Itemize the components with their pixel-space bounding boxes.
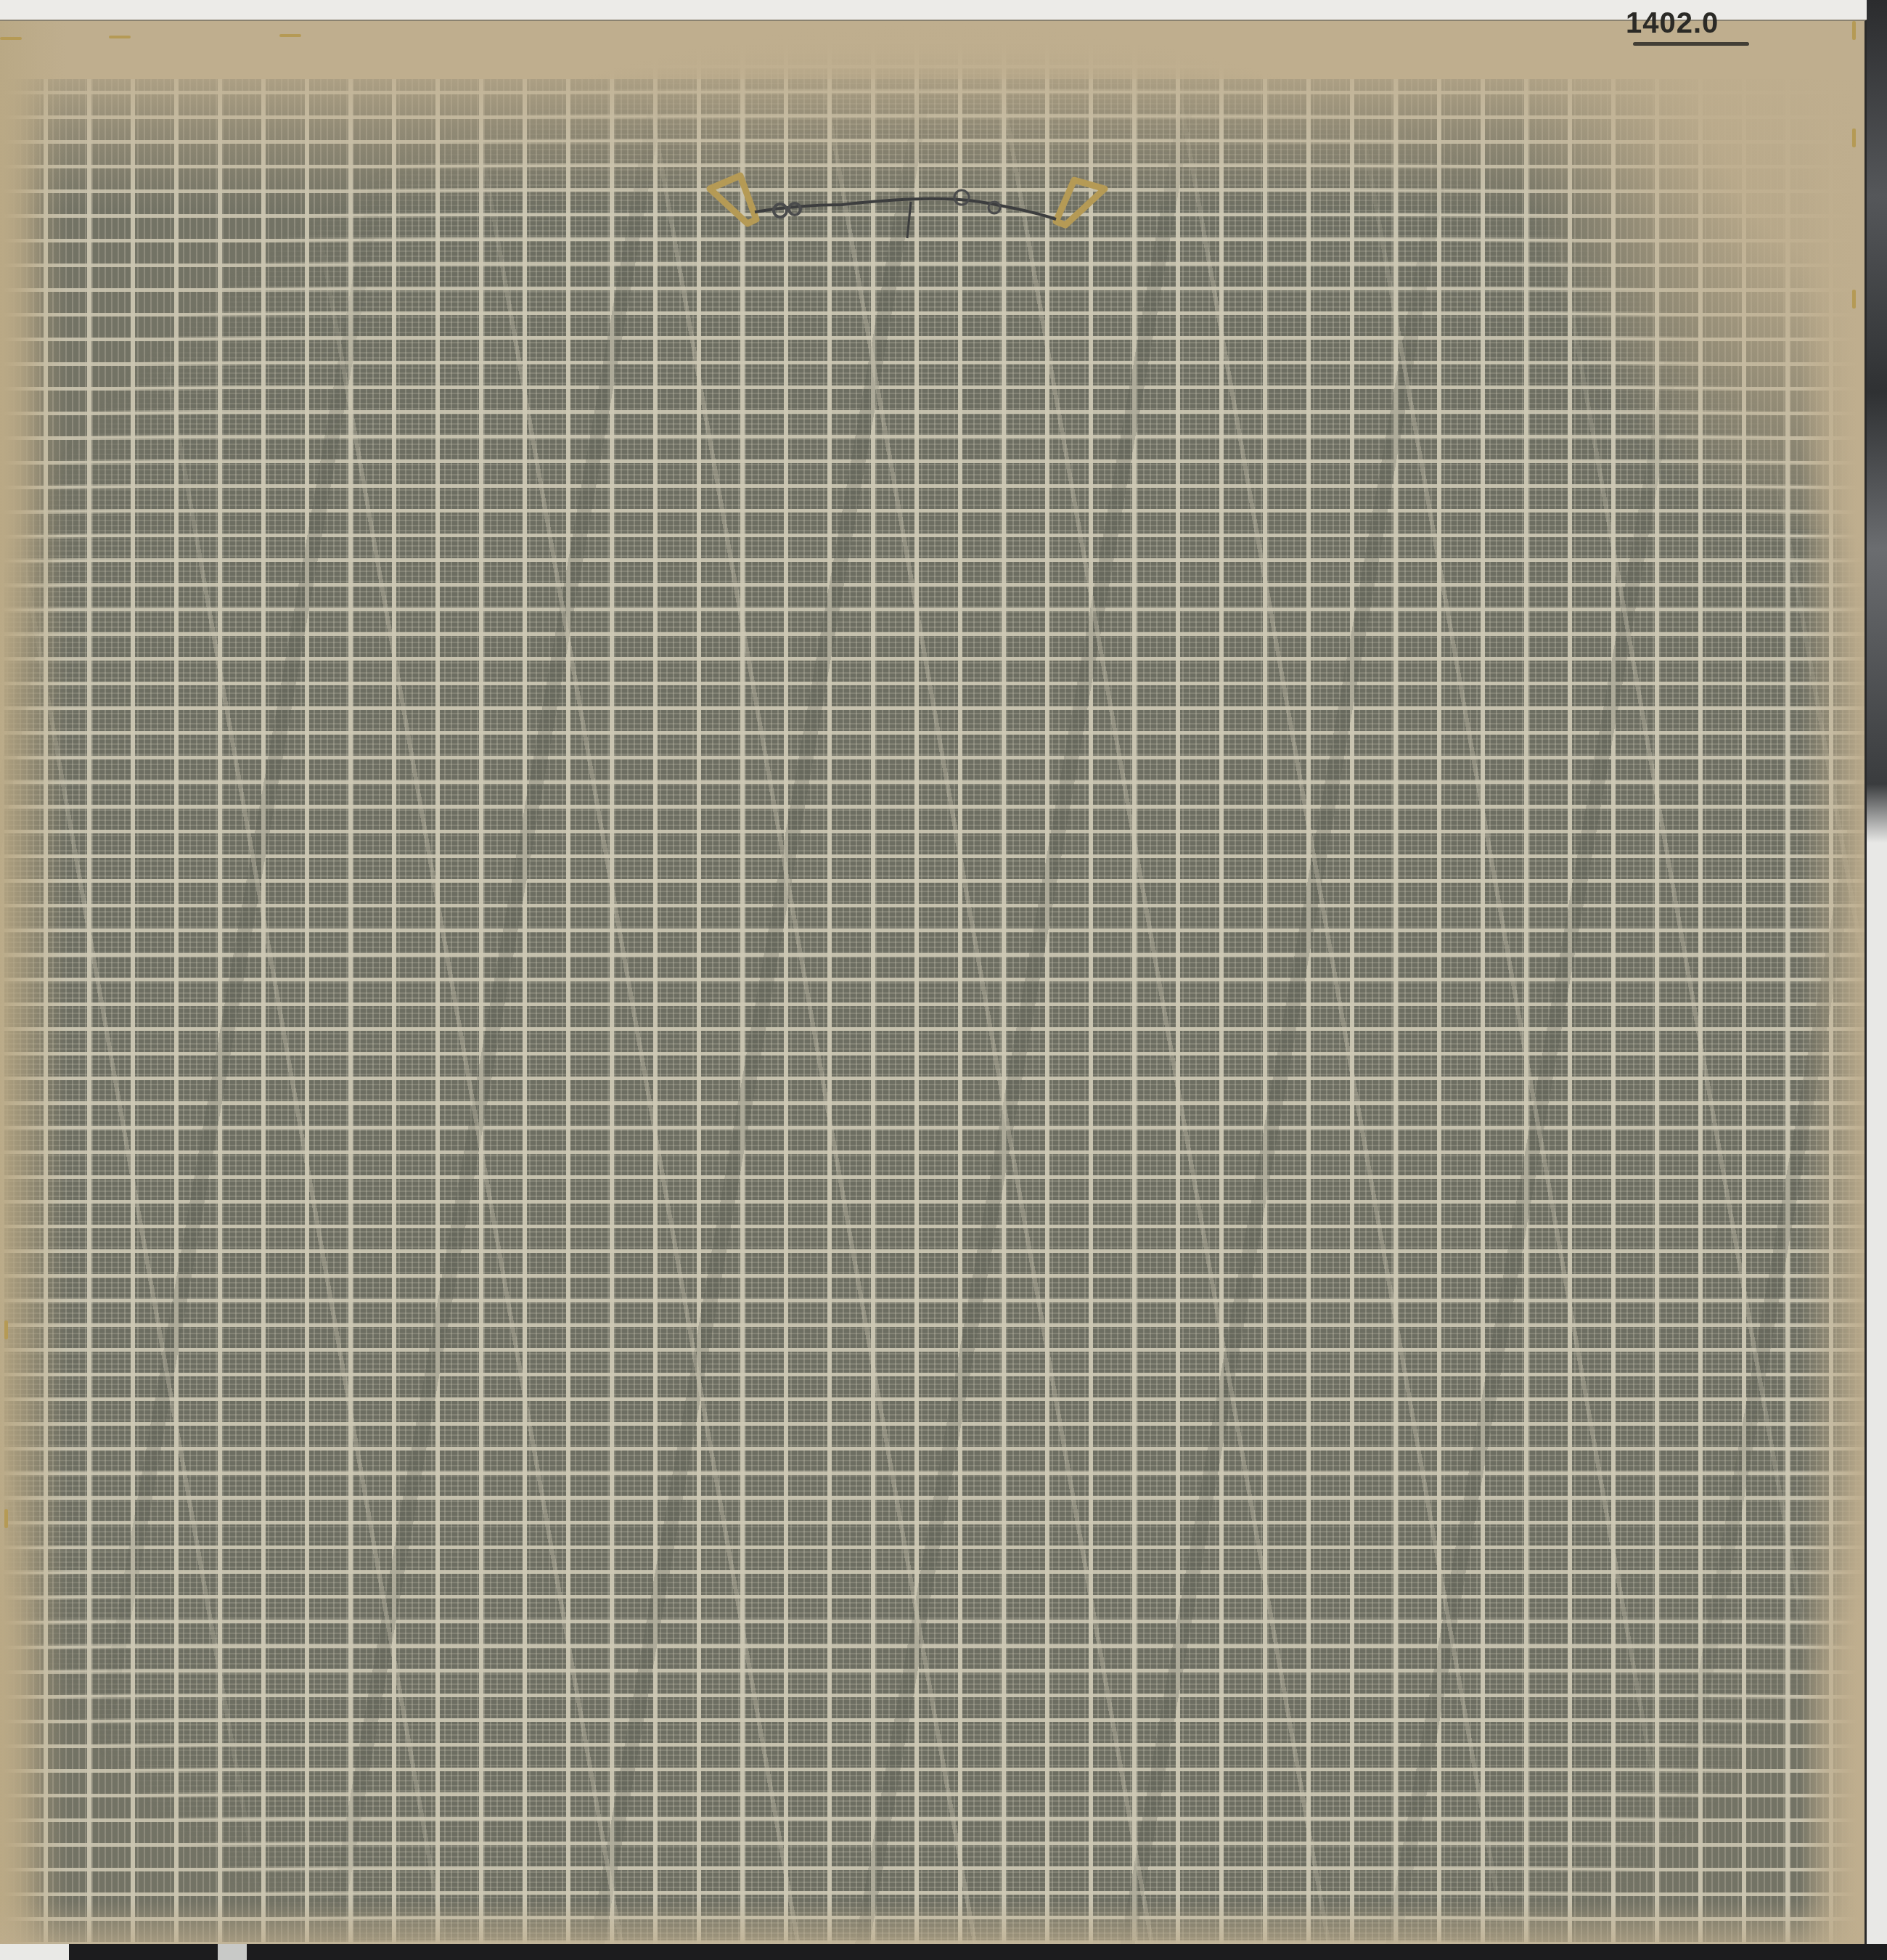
staple-icon (279, 34, 301, 37)
floor-highlight (218, 1944, 247, 1960)
staple-icon (1852, 21, 1856, 40)
worn-bottom-edge (0, 1901, 1867, 1944)
staple-icon (1852, 290, 1856, 309)
background-right-edge (1867, 0, 1887, 1960)
staple-icon (109, 36, 131, 38)
staple-icon (1852, 128, 1856, 147)
handwritten-underline (1633, 42, 1749, 46)
staple-icon (4, 1509, 8, 1528)
background-wall-top (0, 0, 1887, 20)
panel-back (0, 20, 1867, 1944)
floor-strip (0, 1944, 69, 1960)
staple-icon (0, 37, 22, 40)
hanging-wire[interactable] (689, 160, 1125, 247)
worn-left-edge (0, 21, 65, 1944)
background-bottom-edge (0, 1944, 1887, 1960)
handwritten-inventory-number: 1402.0 (1626, 7, 1719, 40)
hanging-wire-icon (689, 160, 1125, 247)
worn-right-edge (1800, 21, 1867, 1944)
staple-icon (4, 1320, 8, 1339)
